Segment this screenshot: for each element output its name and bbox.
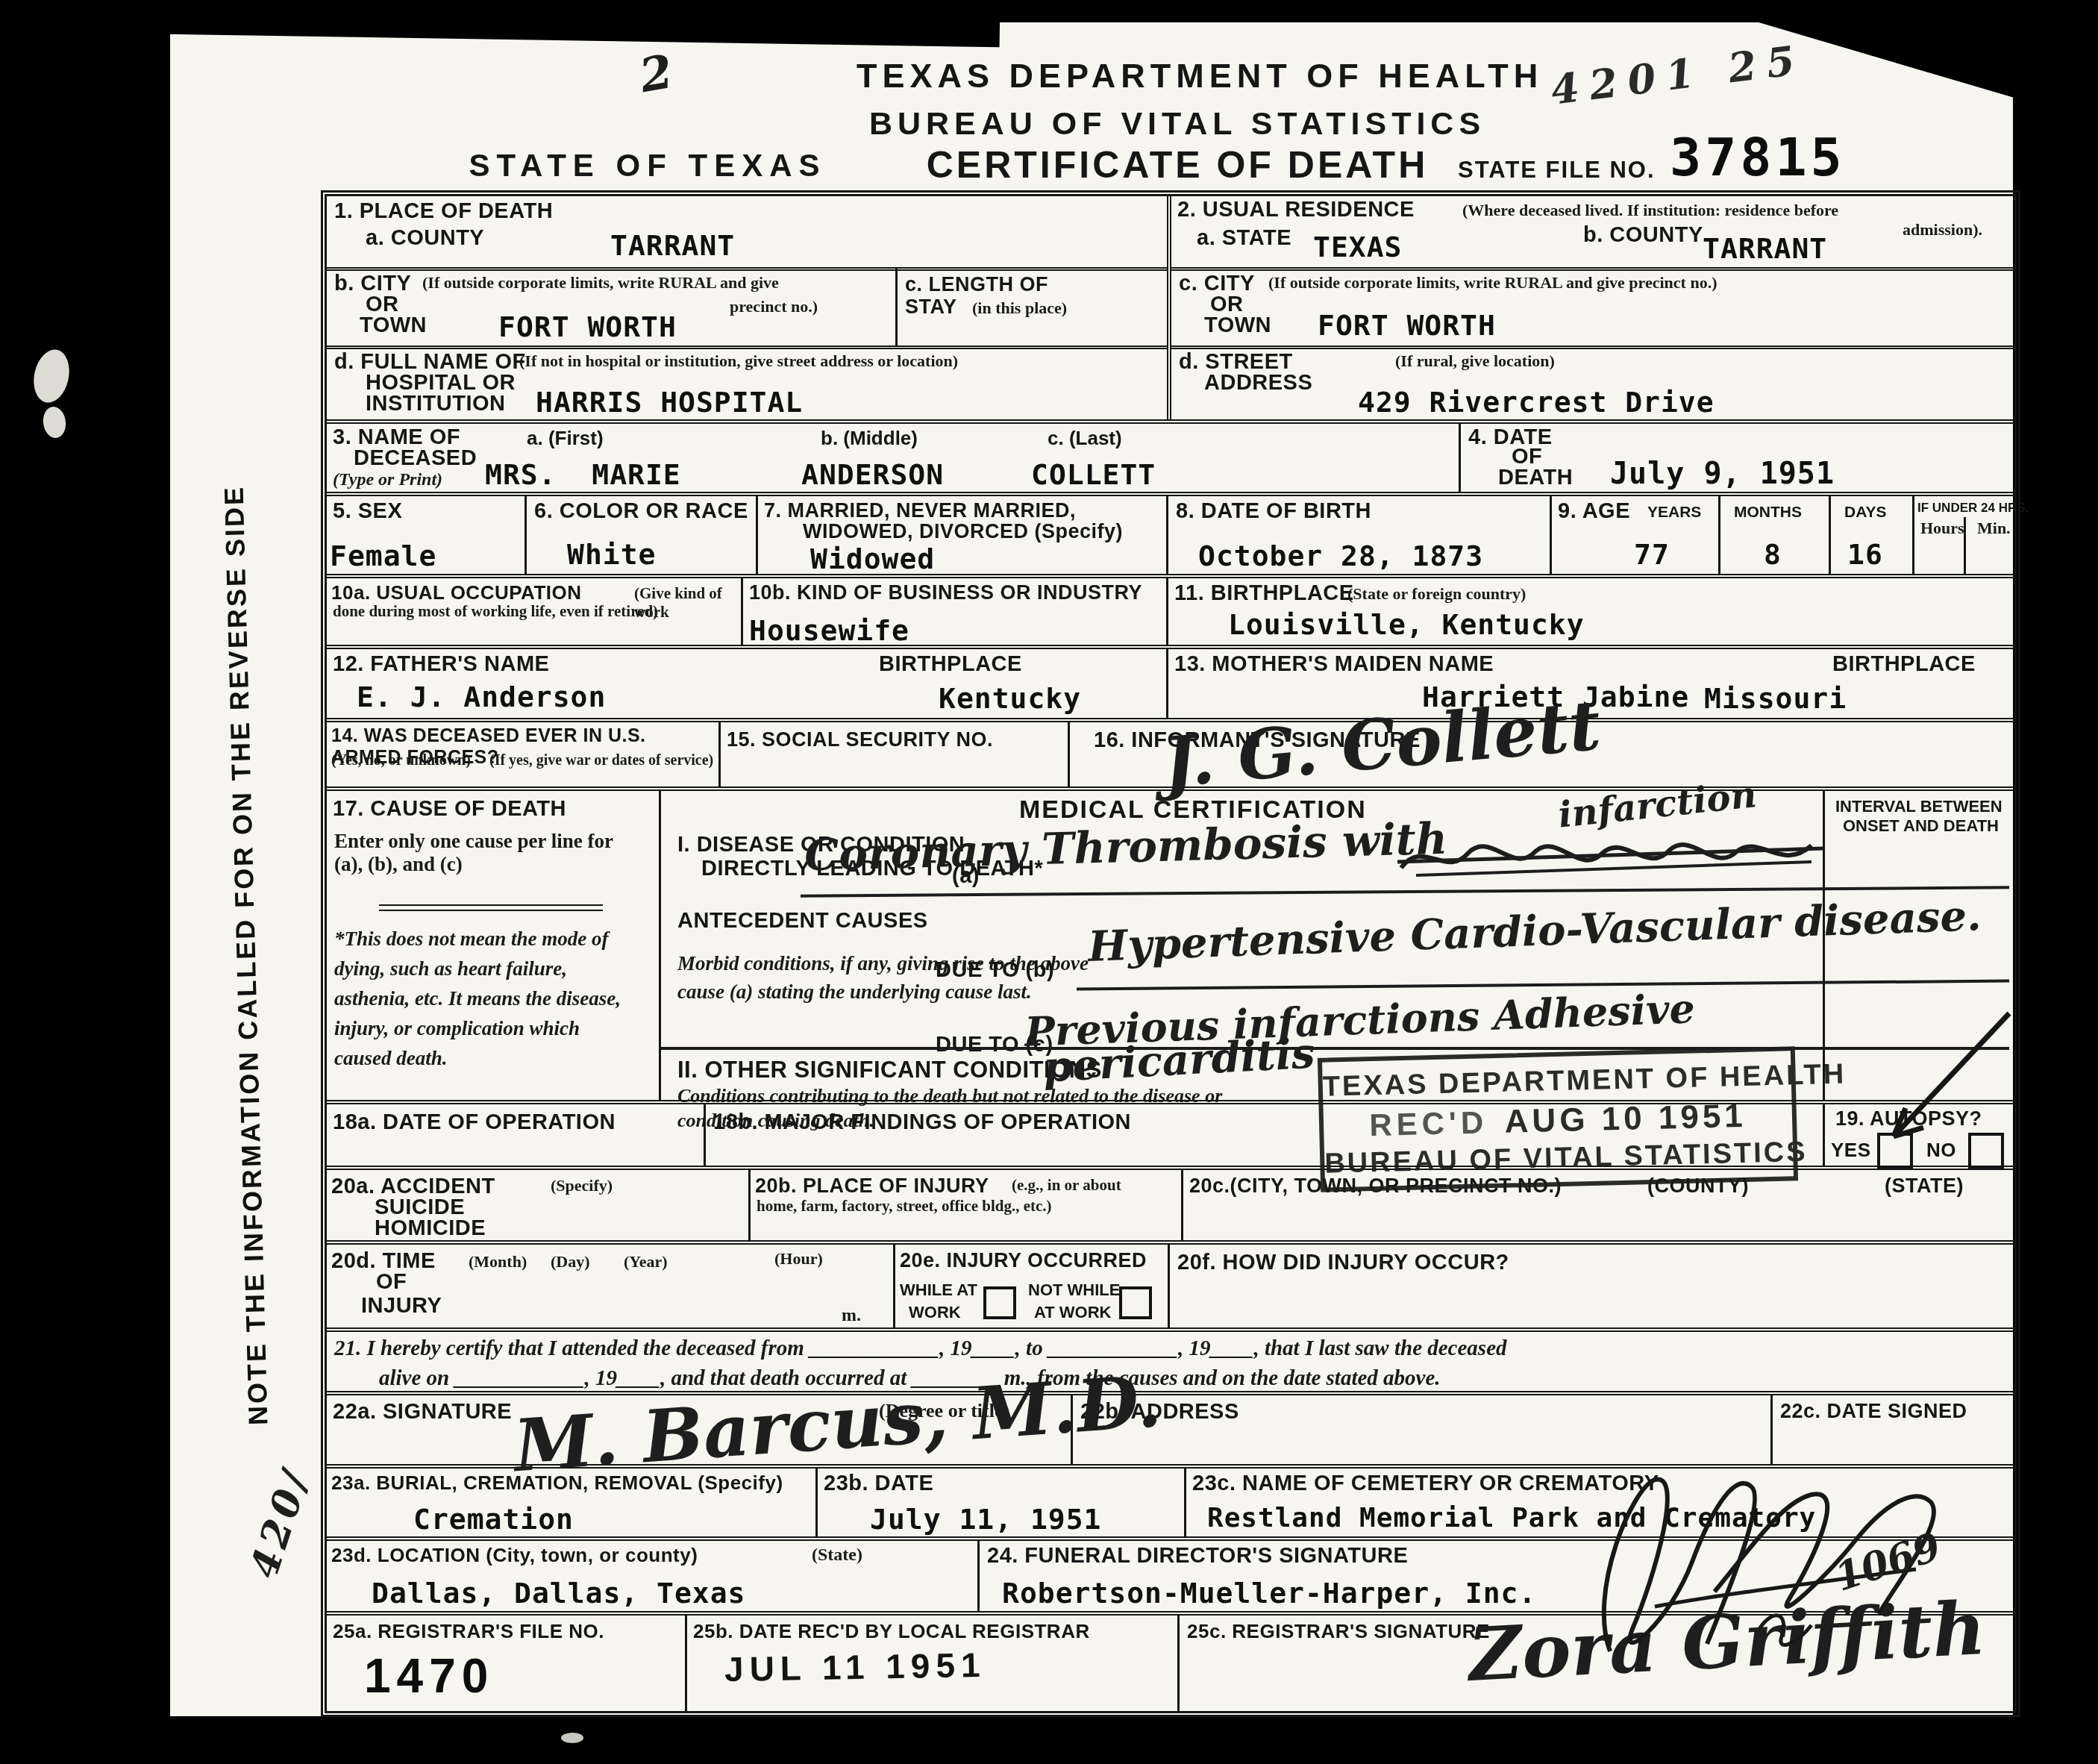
city-label-town: TOWN	[360, 313, 427, 338]
funeral-director-value: Robertson-Mueller-Harper, Inc.	[1002, 1577, 1536, 1610]
stay-label: c. LENGTH OF	[905, 273, 1048, 296]
accident-cell: 20a. ACCIDENT SUICIDE HOMICIDE (Specify)	[327, 1170, 751, 1240]
age-under24-cell: IF UNDER 24 HRS. Hours Min.	[1914, 496, 2014, 574]
location-state-label: (State)	[812, 1545, 862, 1566]
time-injury: INJURY	[361, 1294, 442, 1319]
residence-county-label: b. COUNTY	[1583, 223, 1703, 248]
city-value: FORT WORTH	[498, 310, 677, 343]
place-of-death-title: 1. PLACE OF DEATH	[334, 199, 553, 224]
usual-residence-sub: (Where deceased lived. If institution: r…	[1462, 201, 1838, 220]
autopsy-yes-mark	[1834, 1002, 2020, 1166]
certificate-form: 1. PLACE OF DEATH a. COUNTY TARRANT b. C…	[321, 190, 2020, 1717]
injury-state-label: (STATE)	[1885, 1175, 1964, 1198]
date-of-death-death: DEATH	[1498, 466, 1573, 490]
section-place-of-death: 1. PLACE OF DEATH a. COUNTY TARRANT b. C…	[327, 196, 1171, 419]
due-to-b-label: DUE TO (b)	[936, 958, 1054, 983]
hour-label: (Hour)	[774, 1249, 823, 1269]
birthplace-label: 11. BIRTHPLACE	[1174, 581, 1354, 606]
county-label: a. COUNTY	[366, 226, 484, 251]
row-vitals: 5. SEX Female 6. COLOR OR RACE White 7. …	[327, 496, 2014, 578]
stay-sub: (in this place)	[972, 298, 1067, 318]
armed-forces-cell: 14. WAS DECEASED EVER IN U.S. ARMED FORC…	[327, 722, 721, 786]
father-label: 12. FATHER'S NAME	[333, 652, 549, 677]
row-injury-time: 20d. TIME OF INJURY (Month) (Day) (Year)…	[327, 1245, 2014, 1332]
scan-artifact-blob	[41, 405, 68, 440]
physician-signature-label: 22a. SIGNATURE	[333, 1400, 512, 1424]
day-label: (Day)	[551, 1252, 590, 1272]
armed-forces-sub2: (If yes, give war or dates of service)	[489, 752, 713, 769]
header-department: TEXAS DEPARTMENT OF HEALTH	[857, 57, 1498, 96]
street-label2: ADDRESS	[1204, 371, 1312, 395]
occupation-cell: 10a. USUAL OCCUPATION (Give kind of work…	[327, 578, 743, 645]
while-at-work-label2: WORK	[909, 1303, 961, 1322]
certify-line1: 21. I hereby certify that I attended the…	[334, 1336, 1507, 1361]
row-place-residence: 1. PLACE OF DEATH a. COUNTY TARRANT b. C…	[327, 196, 2014, 424]
burial-value: Cremation	[413, 1503, 574, 1536]
handwritten-batch-number: 4201 25	[1548, 35, 1807, 113]
cause-footnote: *This does not mean the mode of dying, s…	[334, 924, 640, 1073]
registrar-recd-label: 25b. DATE REC'D BY LOCAL REGISTRAR	[693, 1620, 1090, 1643]
scan-artifact-blob	[29, 346, 74, 406]
race-cell: 6. COLOR OR RACE White	[527, 496, 758, 574]
age-months-cell: MONTHS 8	[1720, 496, 1831, 574]
race-value: White	[567, 538, 656, 571]
while-at-work-label: WHILE AT	[900, 1280, 977, 1300]
mother-label: 13. MOTHER'S MAIDEN NAME	[1174, 652, 1494, 677]
location-label: 23d. LOCATION (City, town, or county)	[331, 1544, 698, 1567]
burial-date-label: 23b. DATE	[824, 1471, 933, 1496]
under24-label: IF UNDER 24 HRS.	[1917, 501, 2029, 516]
first-name-label: a. (First)	[527, 427, 604, 450]
race-label: 6. COLOR OR RACE	[534, 499, 748, 524]
age-years-cell: 9. AGE YEARS 77	[1552, 496, 1720, 574]
row-certify-statement: 21. I hereby certify that I attended the…	[327, 1332, 2014, 1395]
place-of-injury-cell: 20b. PLACE OF INJURY (e.g., in or about …	[751, 1170, 1183, 1240]
mother-birthplace-value: Missouri	[1704, 682, 1847, 715]
operation-date-label: 18a. DATE OF OPERATION	[333, 1110, 616, 1135]
marital-label2: WIDOWED, DIVORCED (Specify)	[803, 520, 1123, 543]
stay-label2: STAY	[905, 295, 957, 319]
age-months-value: 8	[1764, 538, 1782, 571]
birth-date-value: October 28, 1873	[1198, 539, 1483, 572]
cause-of-death-label: 17. CAUSE OF DEATH	[333, 797, 566, 822]
certificate-page: 2 4201 25 TEXAS DEPARTMENT OF HEALTH BUR…	[170, 22, 2013, 1716]
time-of-injury-cell: 20d. TIME OF INJURY (Month) (Day) (Year)…	[327, 1245, 895, 1327]
name-label2: DECEASED	[354, 446, 477, 471]
age-years-label: YEARS	[1647, 504, 1701, 522]
first-name-value: MRS. MARIE	[485, 458, 681, 491]
age-days-value: 16	[1847, 538, 1883, 571]
residence-county-value: TARRANT	[1703, 232, 1827, 265]
month-label: (Month)	[469, 1252, 527, 1272]
registrar-file-cell: 25a. REGISTRAR'S FILE NO. 1470	[327, 1616, 687, 1711]
received-stamp: TEXAS DEPARTMENT OF HEALTH REC'D AUG 10 …	[1318, 1046, 1798, 1192]
birth-date-label: 8. DATE OF BIRTH	[1176, 499, 1371, 524]
injury-occurred-cell: 20e. INJURY OCCURRED WHILE AT WORK NOT W…	[895, 1245, 1170, 1327]
header-state-of-texas: STATE OF TEXAS	[469, 148, 827, 184]
industry-label: 10b. KIND OF BUSINESS OR INDUSTRY	[749, 581, 1142, 604]
date-of-death-cell: 4. DATE OF DEATH July 9, 1951	[1461, 424, 2014, 492]
place-of-injury-sub2: home, farm, factory, street, office bldg…	[757, 1197, 1052, 1216]
age-label: 9. AGE	[1558, 499, 1630, 524]
mother-birthplace-label: BIRTHPLACE	[1832, 652, 1976, 677]
sex-value: Female	[330, 539, 436, 572]
physician-address-cell: 22b. ADDRESS	[1073, 1395, 1773, 1464]
row-parents: 12. FATHER'S NAME BIRTHPLACE E. J. Ander…	[327, 649, 2014, 722]
disposition-location-cell: 23d. LOCATION (City, town, or county) (S…	[327, 1541, 980, 1611]
last-name-value: COLLETT	[1031, 458, 1156, 491]
cause-note-divider	[379, 904, 603, 911]
registrar-recd-cell: 25b. DATE REC'D BY LOCAL REGISTRAR JUL 1…	[687, 1616, 1180, 1711]
occupation-sub2: done during most of working life, even i…	[333, 602, 658, 621]
min-label: Min.	[1977, 519, 2011, 538]
sex-label: 5. SEX	[333, 499, 402, 524]
occupation-label: 10a. USUAL OCCUPATION	[331, 581, 582, 604]
hospital-label3: INSTITUTION	[366, 392, 506, 416]
birthplace-cell: 11. BIRTHPLACE (State or foreign country…	[1168, 578, 2014, 645]
street-value: 429 Rivercrest Drive	[1358, 386, 1715, 419]
time-of: OF	[376, 1270, 407, 1295]
section-usual-residence: 2. USUAL RESIDENCE (Where deceased lived…	[1171, 196, 2014, 419]
not-while-label: NOT WHILE	[1028, 1280, 1120, 1300]
birthplace-value: Louisville, Kentucky	[1228, 608, 1585, 641]
county-value: TARRANT	[610, 229, 735, 262]
how-injury-label: 20f. HOW DID INJURY OCCUR?	[1177, 1251, 1509, 1275]
injury-occurred-label: 20e. INJURY OCCURRED	[900, 1249, 1147, 1272]
last-name-label: c. (Last)	[1048, 427, 1122, 450]
not-while-label2: AT WORK	[1034, 1303, 1111, 1322]
birth-date-cell: 8. DATE OF BIRTH October 28, 1873	[1168, 496, 1552, 574]
age-months-label: MONTHS	[1734, 504, 1802, 522]
usual-residence-sub2: admission).	[1903, 220, 1982, 240]
middle-name-value: ANDERSON	[801, 458, 944, 491]
armed-forces-sub1: (Yes, no, or unknown)	[331, 752, 471, 769]
row-occupation: 10a. USUAL OCCUPATION (Give kind of work…	[327, 578, 2014, 649]
residence-city-town: TOWN	[1204, 313, 1271, 338]
date-of-death-value: July 9, 1951	[1610, 457, 1835, 491]
operation-date-cell: 18a. DATE OF OPERATION	[327, 1104, 706, 1166]
date-signed-cell: 22c. DATE SIGNED	[1773, 1395, 2014, 1464]
age-days-label: DAYS	[1844, 504, 1886, 522]
street-sub: (If rural, give location)	[1395, 351, 1555, 371]
state-file-no-label: STATE FILE NO.	[1458, 157, 1656, 184]
interval-label: INTERVAL BETWEEN	[1835, 797, 2003, 816]
hours-min-divider	[1964, 517, 1966, 574]
occupation-value: Housewife	[749, 614, 909, 647]
cause-c-line	[661, 1047, 2009, 1050]
crossed-out-text-scribble	[1394, 823, 1826, 898]
name-of-deceased-cell: 3. NAME OF DECEASED (Type or Print) a. (…	[327, 424, 1461, 492]
hospital-sub: (If not in hospital or institution, give…	[519, 351, 958, 371]
funeral-director-label: 24. FUNERAL DIRECTOR'S SIGNATURE	[987, 1544, 1408, 1568]
registrar-file-value: 1470	[364, 1648, 494, 1704]
registrar-file-label: 25a. REGISTRAR'S FILE NO.	[333, 1620, 604, 1643]
father-birthplace-value: Kentucky	[939, 682, 1081, 715]
burial-date-cell: 23b. DATE July 11, 1951	[818, 1469, 1186, 1536]
usual-residence-title: 2. USUAL RESIDENCE	[1177, 198, 1415, 222]
header-bureau: BUREAU OF VITAL STATISTICS	[857, 106, 1498, 143]
city-sub2: precinct no.)	[730, 297, 818, 316]
marital-label: 7. MARRIED, NEVER MARRIED,	[764, 499, 1076, 522]
operation-findings-label: 18b. MAJOR FINDINGS OF OPERATION	[713, 1110, 1131, 1135]
meridiem-label: m.	[842, 1306, 861, 1326]
age-days-cell: DAYS 16	[1831, 496, 1914, 574]
while-at-work-checkbox	[983, 1286, 1016, 1319]
row-name: 3. NAME OF DECEASED (Type or Print) a. (…	[327, 424, 2014, 496]
date-signed-label: 22c. DATE SIGNED	[1780, 1400, 1967, 1423]
middle-name-label: b. (Middle)	[821, 427, 918, 450]
stamp-date: AUG 10 1951	[1504, 1098, 1747, 1140]
registrar-signature-label: 25c. REGISTRAR'S SIGNATURE	[1187, 1620, 1490, 1643]
ssn-label: 15. SOCIAL SECURITY NO.	[727, 728, 993, 751]
sex-cell: 5. SEX Female	[327, 496, 527, 574]
registrar-recd-stamp: JUL 11 1951	[724, 1645, 986, 1689]
how-injury-cell: 20f. HOW DID INJURY OCCUR?	[1170, 1245, 2014, 1327]
antecedent-label: ANTECEDENT CAUSES	[677, 909, 928, 933]
stamp-recd: REC'D	[1369, 1104, 1488, 1142]
age-years-value: 77	[1634, 538, 1670, 571]
residence-city-value: FORT WORTH	[1318, 309, 1496, 342]
hospital-value: HARRIS HOSPITAL	[536, 386, 803, 419]
length-of-stay-cell: c. LENGTH OF STAY (in this place)	[895, 267, 1167, 345]
homicide-label: HOMICIDE	[375, 1216, 486, 1241]
ssn-cell: 15. SOCIAL SECURITY NO.	[721, 722, 1070, 786]
location-value: Dallas, Dallas, Texas	[372, 1577, 745, 1610]
marital-value: Widowed	[810, 542, 935, 575]
interval-label2: ONSET AND DEATH	[1843, 816, 1999, 836]
stamp-line1: TEXAS DEPARTMENT OF HEALTH	[1322, 1060, 1791, 1103]
name-label3: (Type or Print)	[333, 470, 442, 490]
state-file-number: 37815	[1670, 127, 1846, 188]
not-while-checkbox	[1119, 1286, 1152, 1319]
scan-artifact-speck	[561, 1733, 583, 1743]
father-value: E. J. Anderson	[357, 681, 606, 713]
birthplace-sub: (State or foreign country)	[1347, 584, 1526, 604]
burial-date-value: July 11, 1951	[870, 1503, 1101, 1536]
other-significant-label: II. OTHER SIGNIFICANT CONDITIONS	[677, 1057, 1102, 1083]
residence-city-sub: (If outside corporate limits, write RURA…	[1268, 273, 1717, 293]
year-label: (Year)	[624, 1252, 668, 1272]
header-title: CERTIFICATE OF DEATH	[916, 143, 1438, 187]
cause-note: Enter only one cause per line for (a), (…	[334, 830, 633, 876]
marital-cell: 7. MARRIED, NEVER MARRIED, WIDOWED, DIVO…	[758, 496, 1168, 574]
hours-label: Hours	[1920, 519, 1964, 538]
place-of-injury-sub1: (e.g., in or about	[1012, 1176, 1121, 1195]
accident-sub: (Specify)	[551, 1176, 613, 1195]
residence-state-label: a. STATE	[1197, 226, 1291, 251]
residence-state-value: TEXAS	[1313, 231, 1402, 263]
handwritten-page-number: 2	[636, 44, 677, 103]
city-sub: (If outside corporate limits, write RURA…	[422, 273, 779, 293]
father-cell: 12. FATHER'S NAME BIRTHPLACE E. J. Ander…	[327, 649, 1168, 718]
father-birthplace-label: BIRTHPLACE	[879, 652, 1022, 677]
industry-cell: 10b. KIND OF BUSINESS OR INDUSTRY Housew…	[743, 578, 1168, 645]
cause-of-death-notes-cell: 17. CAUSE OF DEATH Enter only one cause …	[327, 791, 661, 1100]
place-of-injury-label: 20b. PLACE OF INJURY	[755, 1175, 989, 1198]
